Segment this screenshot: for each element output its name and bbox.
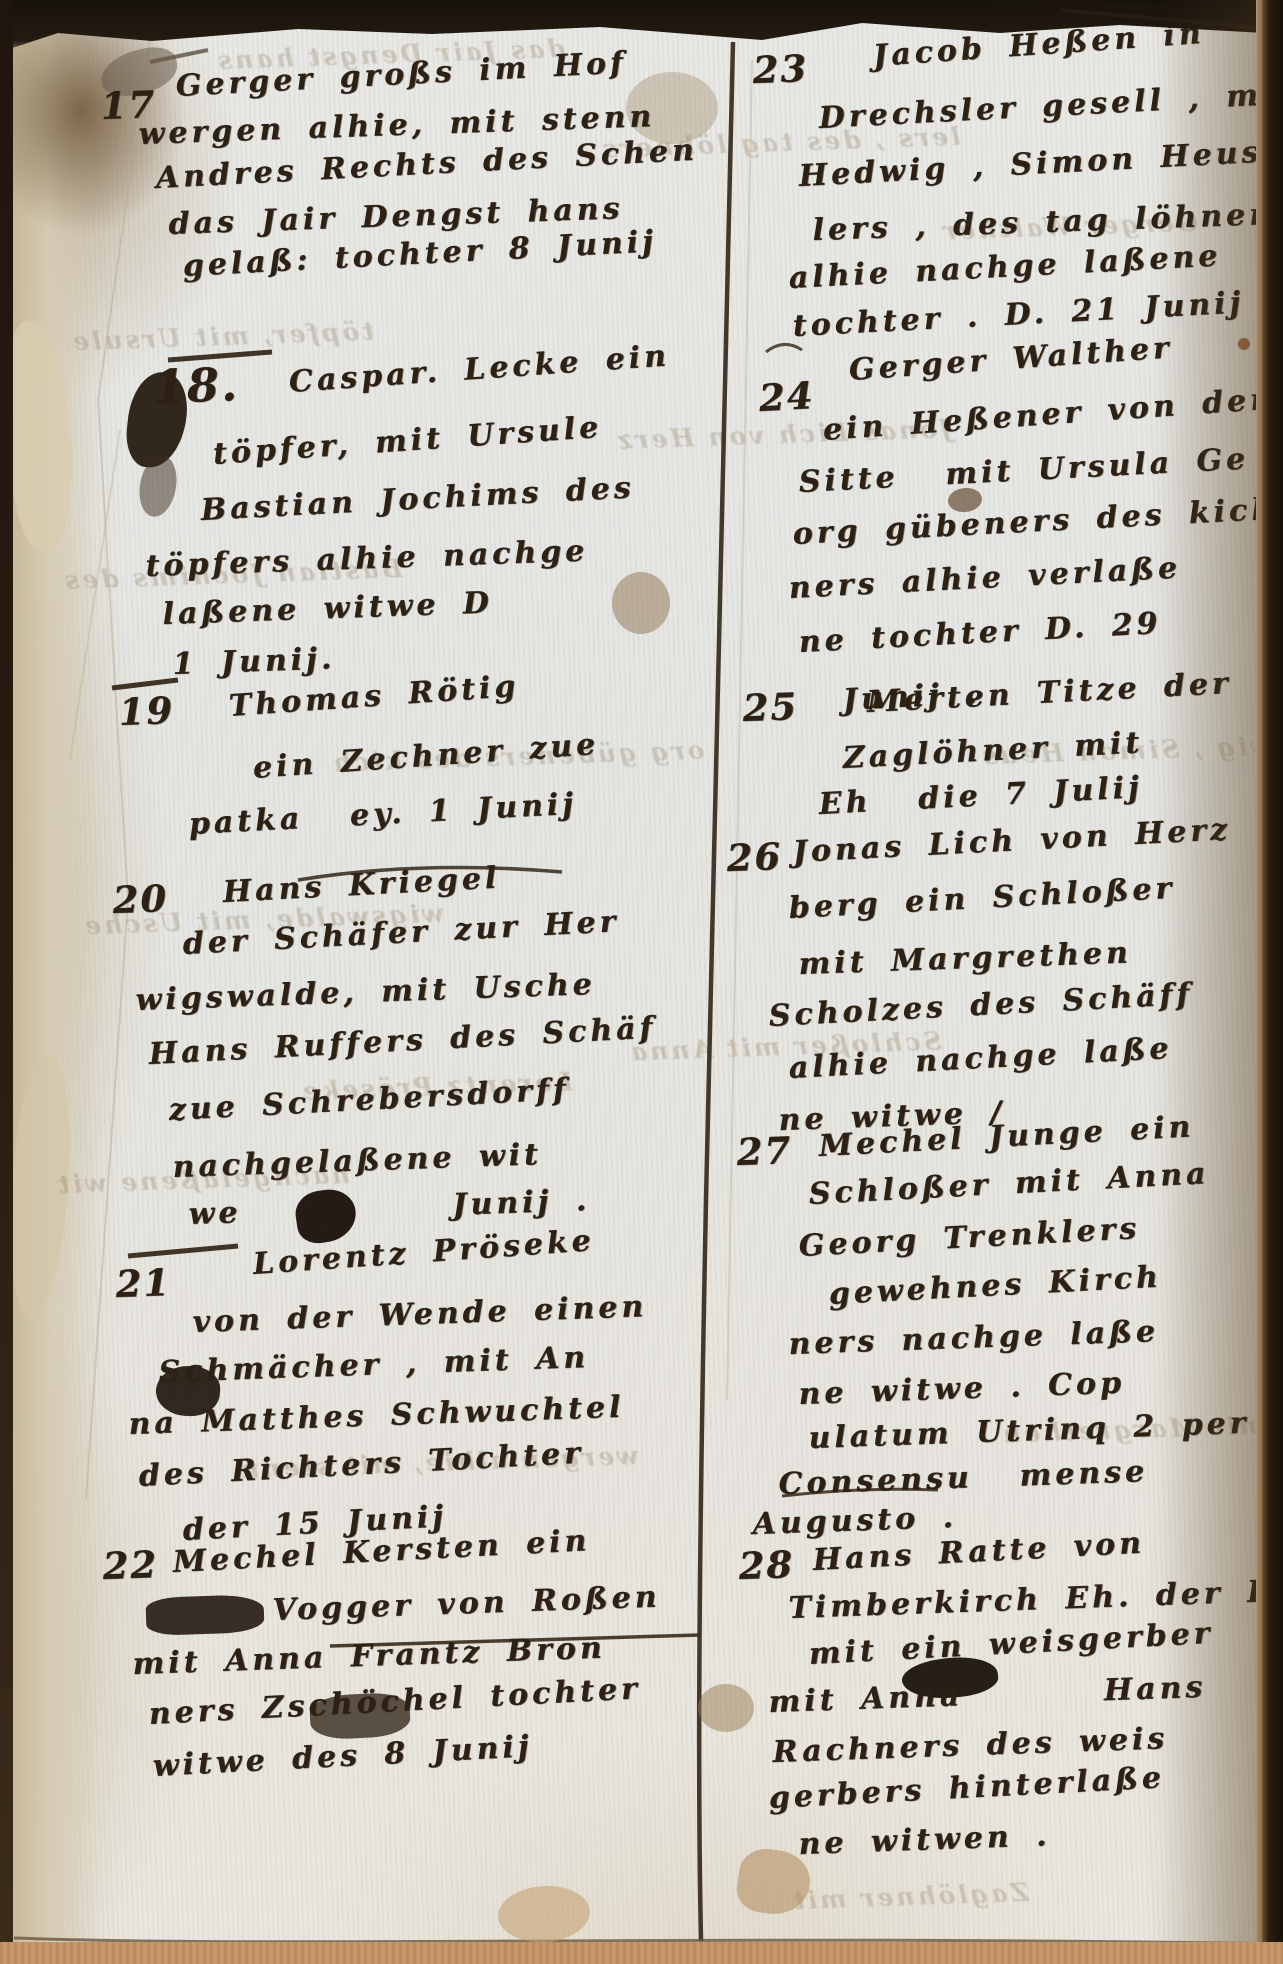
entry-line: 1 Junij.: [172, 644, 336, 680]
fore-edge-highlight: [1259, 0, 1262, 1964]
entry-number: 28: [738, 1546, 795, 1585]
entry-number: 19: [118, 692, 175, 731]
page-left-margin: [13, 18, 99, 1950]
entry-number: 20: [112, 880, 169, 919]
stain: [698, 1684, 754, 1732]
table-surface: [0, 1942, 1283, 1964]
page-right-shadow: [1161, 0, 1256, 1964]
entry-number: 25: [742, 688, 799, 727]
entry-number: 18.: [152, 361, 240, 410]
entry-number: 26: [726, 838, 783, 877]
manuscript-photo: das Jair Dengst hans töpfer, mit Ursule …: [0, 0, 1283, 1964]
binding-left-edge: [0, 0, 13, 1964]
entry-line: ne witwen .: [798, 1821, 1051, 1860]
entry-number: 24: [758, 377, 815, 417]
stain: [612, 572, 670, 634]
entry-number: 21: [115, 1264, 172, 1303]
entry-number: 22: [102, 1546, 159, 1585]
entry-number: 27: [736, 1132, 793, 1171]
entry-line: Augusto .: [752, 1503, 957, 1540]
entry-number: 23: [752, 50, 809, 89]
crossed-out-word: [145, 1594, 264, 1636]
